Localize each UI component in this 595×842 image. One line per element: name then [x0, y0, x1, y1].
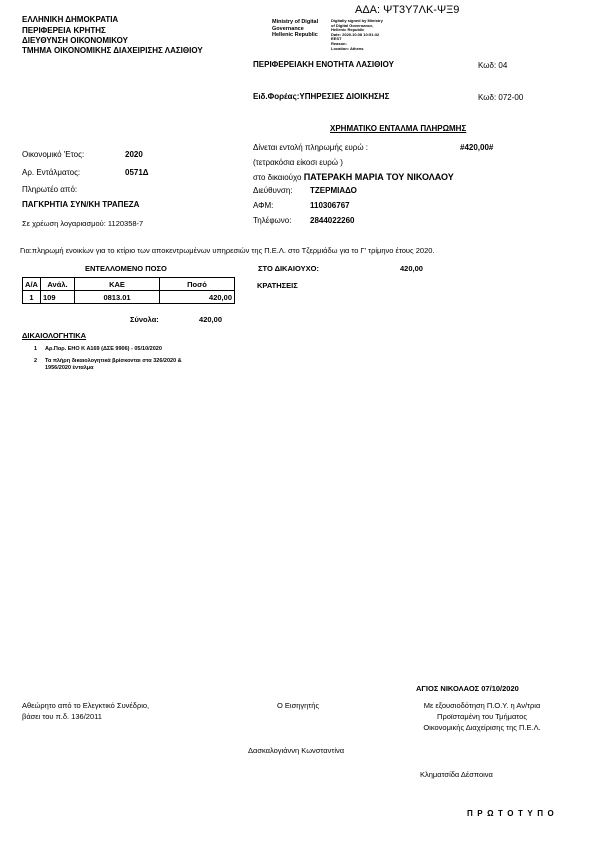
cell-aa: 1 [23, 291, 41, 304]
ada-code: ΑΔΑ: ΨΤ3Υ7ΛΚ-ΨΞ9 [355, 4, 459, 16]
address-value: ΤΖΕΡΜΙΑΔΟ [310, 186, 357, 195]
stamp-authority-line-1: Ministry of Digital [272, 19, 318, 26]
authorizer-title-block: Με εξουσιοδότηση Π.Ο.Υ. η Αν/τρια Προϊστ… [392, 701, 572, 732]
regional-unit-code: Κωδ: 04 [478, 61, 507, 70]
beneficiary-line: στο δικαιούχο ΠΑΤΕΡΑΚΗ ΜΑΡΙΑ ΤΟΥ ΝΙΚΟΛΑΟ… [253, 172, 454, 182]
to-beneficiary-label: ΣΤΟ ΔΙΚΑΙΟΥΧΟ: [258, 264, 319, 273]
header-aa: Α/Α [23, 278, 41, 291]
afm-value: 110306767 [310, 201, 350, 210]
issuer-line-2: ΠΕΡΙΦΕΡΕΙΑ ΚΡΗΤΗΣ [22, 26, 203, 35]
totals-amount: 420,00 [180, 315, 222, 324]
document-title: ΧΡΗΜΑΤΙΚΟ ΕΝΤΑΛΜΑ ΠΛΗΡΩΜΗΣ [330, 124, 466, 133]
amounts-table-wrapper: Α/Α Ανάλ. ΚΑΕ Ποσό 1 109 0813.01 420,00 [22, 277, 235, 304]
fiscal-year-label: Οικονομικό 'Ετος: [22, 150, 84, 159]
payment-warrant-document: ΑΔΑ: ΨΤ3Υ7ΛΚ-ΨΞ9 ΕΛΛΗΝΙΚΗ ΔΗΜΟΚΡΑΤΙΑ ΠΕΡ… [0, 0, 595, 842]
amounts-table: Α/Α Ανάλ. ΚΑΕ Ποσό 1 109 0813.01 420,00 [22, 277, 235, 304]
special-agency-label: Ειδ.Φορέας:ΥΠΗΡΕΣΙΕΣ ΔΙΟΙΚΗΣΗΣ [253, 92, 389, 101]
authorizer-title-line-3: Οικονομικής Διαχείρισης της Π.Ε.Λ. [392, 723, 572, 732]
afm-label: ΑΦΜ: [253, 201, 273, 210]
rapporteur-name: Δασκαλογιάννη Κωνσταντίνα [248, 746, 344, 755]
copy-type-label: ΠΡΩΤΟΤΥΠΟ [467, 809, 558, 818]
rapporteur-title: Ο Εισηγητής [277, 701, 319, 710]
warrant-number-label: Αρ. Εντάλματος: [22, 168, 80, 177]
table-header-row: Α/Α Ανάλ. ΚΑΕ Ποσό [23, 278, 235, 291]
document-item-2-num: 2 [34, 358, 37, 364]
phone-value: 2844022260 [310, 216, 355, 225]
totals-label: Σύνολα: [130, 315, 159, 324]
issuer-line-4: ΤΜΗΜΑ ΟΙΚΟΝΟΜΙΚΗΣ ΔΙΑΧΕΙΡΙΣΗΣ ΛΑΣΙΘΙΟΥ [22, 46, 203, 55]
ordered-amount-label: ΕΝΤΕΛΛΟΜΕΝΟ ΠΟΣΟ [85, 264, 167, 273]
document-item-2-line-1: Τα πλήρη δικαιολογητικά βρίσκονται στα 3… [45, 358, 182, 364]
authorizer-title-line-1: Με εξουσιοδότηση Π.Ο.Υ. η Αν/τρια [392, 701, 572, 710]
phone-label: Τηλέφωνο: [253, 216, 291, 225]
documents-title: ΔΙΚΑΙΟΛΟΓΗΤΙΚΑ [22, 331, 86, 340]
header-poso: Ποσό [160, 278, 235, 291]
beneficiary-prefix: στο δικαιούχο [253, 173, 301, 182]
deductions-label: ΚΡΑΤΗΣΕΙΣ [257, 281, 298, 290]
payment-purpose: Για:πληρωμή ενοικίων για το κτίριο των α… [20, 246, 435, 255]
payable-by-label: Πληρωτέο από: [22, 185, 77, 194]
warrant-number-value: 0571Δ [125, 168, 149, 177]
beneficiary-name: ΠΑΤΕΡΑΚΗ ΜΑΡΙΑ ΤΟΥ ΝΙΚΟΛΑΟΥ [304, 172, 454, 182]
authorizer-title-line-2: Προϊσταμένη του Τμήματος [392, 712, 572, 721]
authorizer-name: Κληματσίδα Δέσποινα [420, 770, 493, 779]
special-agency-code: Κωδ: 072-00 [478, 93, 523, 102]
debit-account: Σε χρέωση λογαριασμού: 1120358-7 [22, 219, 143, 228]
cell-anal: 109 [41, 291, 75, 304]
signature-detail-line: Location: Athens [331, 47, 383, 52]
payment-order-label: Δίνεται εντολή πληρωμής ευρώ : [253, 143, 368, 152]
header-kae: ΚΑΕ [75, 278, 160, 291]
issuer-block: ΕΛΛΗΝΙΚΗ ΔΗΜΟΚΡΑΤΙΑ ΠΕΡΙΦΕΡΕΙΑ ΚΡΗΤΗΣ ΔΙ… [22, 15, 203, 55]
digital-signature-stamp: Ministry of Digital Governance Hellenic … [272, 19, 318, 39]
issuer-line-3: ΔΙΕΥΘΥΝΣΗ ΟΙΚΟΝΟΜΙΚΟΥ [22, 36, 203, 45]
amount-in-words: (τετρακόσια είκοσι ευρώ ) [253, 158, 343, 167]
table-row: 1 109 0813.01 420,00 [23, 291, 235, 304]
to-beneficiary-amount: 420,00 [400, 264, 423, 273]
stamp-authority-line-3: Hellenic Republic [272, 32, 318, 39]
header-anal: Ανάλ. [41, 278, 75, 291]
payment-amount: #420,00# [460, 143, 493, 152]
audit-note-line-2: βάσει του π.δ. 136/2011 [22, 712, 102, 721]
place-and-date: ΑΓΙΟΣ ΝΙΚΟΛΑΟΣ 07/10/2020 [416, 684, 519, 693]
digital-signature-details: Digitally signed by Ministry of Digital … [331, 19, 383, 51]
payable-bank-name: ΠΑΓΚΡΗΤΙΑ ΣΥΝ/ΚΗ ΤΡΑΠΕΖΑ [22, 200, 139, 209]
address-label: Διεύθυνση: [253, 186, 293, 195]
document-item-2-line-2: 1956/2020 ένταλμα [45, 365, 94, 371]
issuer-line-1: ΕΛΛΗΝΙΚΗ ΔΗΜΟΚΡΑΤΙΑ [22, 15, 203, 24]
fiscal-year-value: 2020 [125, 150, 143, 159]
document-item-1-text: Αρ.Παρ. ΕΗΟ Κ Α169 (ΔΣΕ 9906) - 05/10/20… [45, 346, 162, 352]
document-item-1-num: 1 [34, 346, 37, 352]
audit-note-line-1: Αθεώρητο από το Ελεγκτικό Συνέδριο, [22, 701, 149, 710]
regional-unit-label: ΠΕΡΙΦΕΡΕΙΑΚΗ ΕΝΟΤΗΤΑ ΛΑΣΙΘΙΟΥ [253, 60, 394, 69]
cell-kae: 0813.01 [75, 291, 160, 304]
cell-poso: 420,00 [160, 291, 235, 304]
